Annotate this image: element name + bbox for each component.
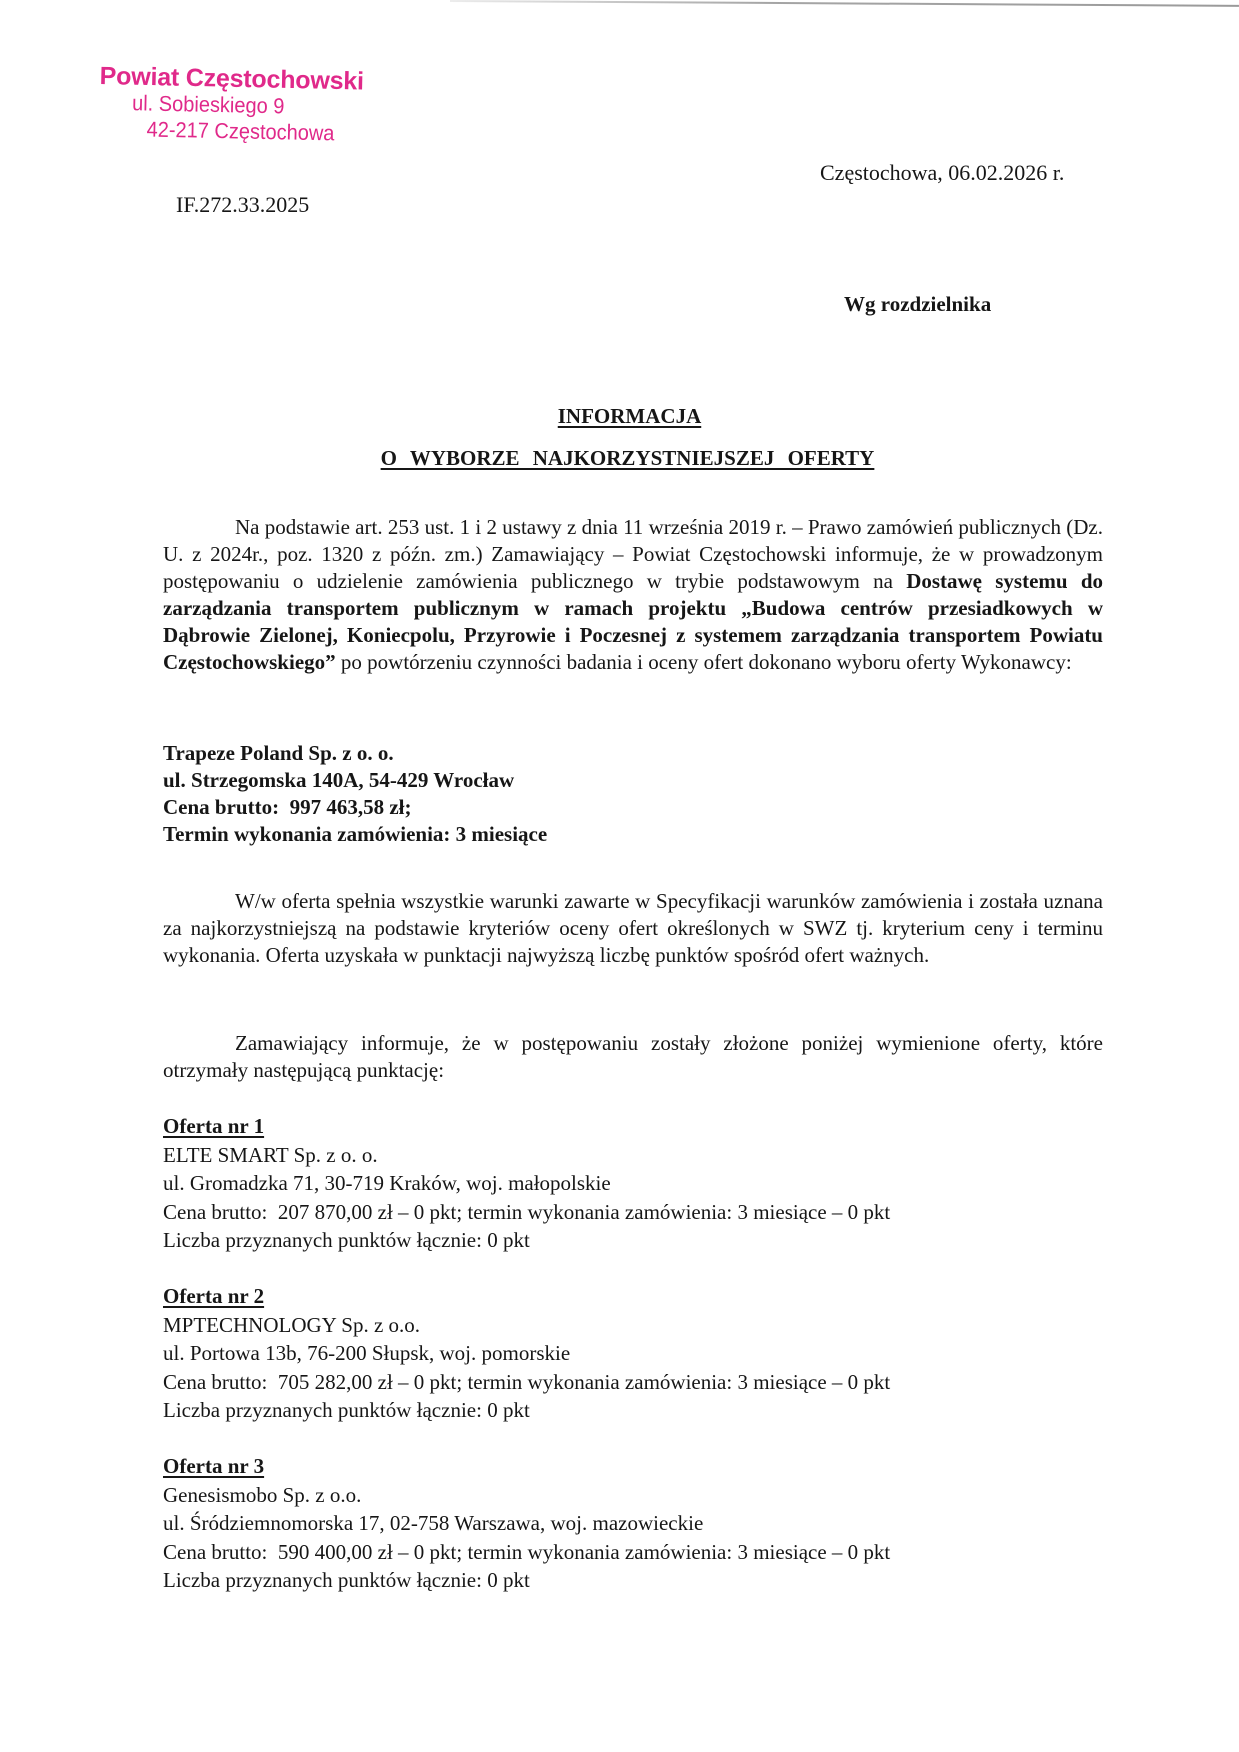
scan-edge-shadow (450, 0, 1239, 7)
offers-intro-paragraph: Zamawiający informuje, że w postępowaniu… (163, 1030, 1103, 1084)
offer-company: MPTECHNOLOGY Sp. z o.o. (163, 1311, 1103, 1340)
intro-paragraph: Na podstawie art. 253 ust. 1 i 2 ustawy … (163, 514, 1103, 676)
offer-address: ul. Portowa 13b, 76-200 Słupsk, woj. pom… (163, 1339, 1103, 1368)
offer-company: ELTE SMART Sp. z o. o. (163, 1141, 1103, 1170)
recipient: Wg rozdzielnika (844, 292, 991, 317)
stamp-city: 42-217 Częstochowa (98, 115, 399, 149)
document-title: INFORMACJA (0, 404, 1239, 429)
winner-term: Termin wykonania zamówienia: 3 miesiące (163, 821, 1103, 848)
offer-total-points: Liczba przyznanych punktów łącznie: 0 pk… (163, 1396, 1103, 1425)
offer-item: Oferta nr 2 MPTECHNOLOGY Sp. z o.o. ul. … (163, 1282, 1103, 1425)
intro-text-end: po powtórzeniu czynności badania i oceny… (336, 650, 1072, 674)
office-stamp: Powiat Częstochowski ul. Sobieskiego 9 4… (98, 62, 400, 148)
reference-number: IF.272.33.2025 (176, 192, 309, 218)
offer-heading: Oferta nr 1 (163, 1114, 264, 1138)
justification-paragraph: W/w oferta spełnia wszystkie warunki zaw… (163, 888, 1103, 969)
winning-offer: Trapeze Poland Sp. z o. o. ul. Strzegoms… (163, 740, 1103, 848)
offer-price-line: Cena brutto: 590 400,00 zł – 0 pkt; term… (163, 1538, 1103, 1567)
offer-total-points: Liczba przyznanych punktów łącznie: 0 pk… (163, 1566, 1103, 1595)
winner-address: ul. Strzegomska 140A, 54-429 Wrocław (163, 767, 1103, 794)
place-date: Częstochowa, 06.02.2026 r. (820, 160, 1064, 186)
title-line-2: O WYBORZE NAJKORZYSTNIEJSZEJ OFERTY (381, 446, 875, 470)
document-subtitle: O WYBORZE NAJKORZYSTNIEJSZEJ OFERTY (0, 446, 1239, 471)
offer-heading: Oferta nr 2 (163, 1284, 264, 1308)
offer-heading: Oferta nr 3 (163, 1454, 264, 1478)
offer-item: Oferta nr 3 Genesismobo Sp. z o.o. ul. Ś… (163, 1452, 1103, 1595)
offer-address: ul. Śródziemnomorska 17, 02-758 Warszawa… (163, 1509, 1103, 1538)
title-line-1: INFORMACJA (558, 404, 701, 428)
winner-company: Trapeze Poland Sp. z o. o. (163, 740, 1103, 767)
offer-total-points: Liczba przyznanych punktów łącznie: 0 pk… (163, 1226, 1103, 1255)
winner-price: Cena brutto: 997 463,58 zł; (163, 794, 1103, 821)
offer-price-line: Cena brutto: 705 282,00 zł – 0 pkt; term… (163, 1368, 1103, 1397)
offer-company: Genesismobo Sp. z o.o. (163, 1481, 1103, 1510)
offer-item: Oferta nr 1 ELTE SMART Sp. z o. o. ul. G… (163, 1112, 1103, 1255)
offer-price-line: Cena brutto: 207 870,00 zł – 0 pkt; term… (163, 1198, 1103, 1227)
offer-address: ul. Gromadzka 71, 30-719 Kraków, woj. ma… (163, 1169, 1103, 1198)
